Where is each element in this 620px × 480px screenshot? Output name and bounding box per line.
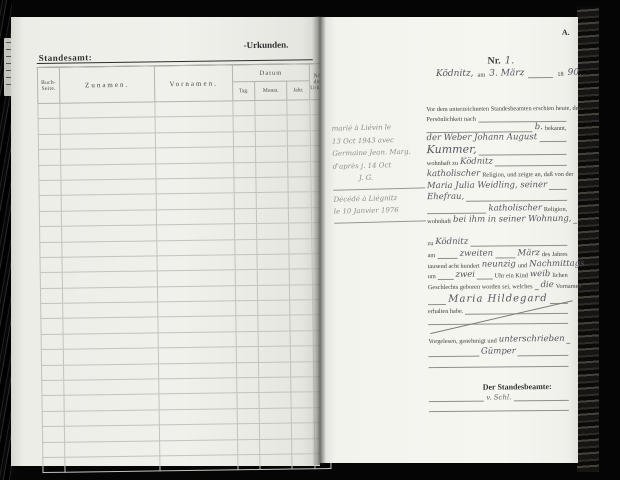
day-handwritten: zweiten [460, 249, 494, 259]
col-header-jahr: Jahr. [287, 81, 310, 100]
blank-line [429, 409, 569, 412]
religion-handwritten: katholischer [488, 203, 541, 213]
form-line: wohnhaft bei ihm in seiner Wohnung, [427, 214, 567, 225]
printed-text: Geschlechts geboren worden sei, welches [428, 283, 533, 291]
register-empty-cell [258, 300, 290, 316]
register-empty-cell [236, 347, 258, 363]
blank-line [470, 244, 567, 247]
register-empty-cell [255, 115, 287, 131]
form-line: Gümper [428, 346, 568, 357]
register-empty-cell [257, 269, 289, 285]
register-table-body [38, 100, 331, 473]
form-line: katholischer Religion, [427, 203, 567, 214]
register-empty-cell [157, 224, 235, 240]
register-empty-cell [237, 362, 259, 378]
register-empty-cell [289, 284, 312, 300]
form-line: Kummer, [427, 143, 567, 156]
register-empty-cell [289, 254, 312, 270]
register-empty-cell [291, 392, 314, 408]
place-handwritten: Ködnitz, [436, 69, 474, 79]
child-name-handwritten: Maria Hildegard [448, 293, 547, 305]
register-empty-cell [155, 101, 233, 117]
register-empty-cell [43, 457, 65, 473]
register-empty-cell [41, 349, 63, 365]
year-prefix-printed: 18 [557, 71, 563, 78]
register-empty-cell [289, 238, 312, 254]
form-line: zu Ködnitz [427, 236, 567, 247]
register-empty-cell [234, 162, 256, 178]
blank-line [495, 164, 567, 167]
year-handwritten: 90. [568, 68, 582, 78]
register-empty-cell [289, 223, 312, 239]
declarant-handwritten: der Weber Johann August [426, 132, 537, 143]
handwritten-entry: die [541, 280, 554, 290]
printed-text: wohnhaft zu [427, 160, 458, 167]
register-empty-cell [158, 347, 236, 363]
register-empty-cell [61, 148, 156, 165]
printed-text: des Jahres [542, 251, 568, 258]
register-empty-cell [64, 425, 159, 442]
register-empty-cell [237, 424, 259, 440]
col-header-vornamen: Vornamen. [154, 65, 232, 102]
col-header-buchseite: Buch- Seite. [37, 67, 60, 103]
register-empty-cell [255, 100, 287, 116]
register-empty-cell [40, 242, 62, 258]
register-empty-cell [287, 131, 310, 147]
register-empty-cell [41, 303, 63, 319]
register-empty-cell [159, 378, 237, 394]
register-empty-cell [290, 346, 313, 362]
nr-label: Nr. [487, 55, 500, 66]
register-empty-cell [42, 411, 64, 427]
register-empty-cell [234, 193, 256, 209]
col-header-zunamen: Zunamen. [59, 66, 154, 103]
form-line: der Weber Johann August [426, 132, 566, 143]
register-empty-cell [288, 161, 311, 177]
register-empty-cell [237, 408, 259, 424]
sex-handwritten: weib [530, 269, 551, 279]
register-empty-cell [287, 115, 310, 131]
register-empty-cell [159, 424, 237, 440]
marginal-note-line: Germaine Jean. Marg. [332, 145, 424, 160]
register-empty-row [43, 453, 331, 472]
register-empty-cell [159, 409, 237, 425]
register-empty-cell [237, 393, 259, 409]
register-empty-cell [61, 210, 156, 227]
register-empty-cell [61, 194, 156, 211]
register-empty-cell [41, 334, 63, 350]
register-index-table: Buch- Seite. Zunamen. Vornamen. Datum Nr… [37, 63, 332, 473]
register-empty-cell [42, 380, 64, 396]
handwritten-entry: Ehefrau, [427, 192, 464, 202]
form-line [428, 314, 568, 325]
register-empty-cell [62, 256, 157, 273]
register-empty-cell [233, 101, 255, 117]
register-empty-cell [40, 257, 62, 273]
birthplace-handwritten: Ködnitz [435, 237, 468, 247]
blank-line [437, 257, 457, 259]
register-empty-cell [65, 456, 160, 473]
register-empty-cell [234, 208, 256, 224]
printed-text: Vorgelesen, genehmigt und [428, 338, 497, 346]
register-empty-cell [259, 408, 291, 424]
time-qualifier-handwritten: Nachmittags [529, 259, 584, 269]
register-empty-cell [288, 177, 311, 193]
marginal-notes: marié à Liévin le 13 Oct 1943 avec Germa… [331, 120, 426, 226]
form-line: Vorgelesen, genehmigt und unterschrieben [428, 334, 568, 345]
buchseite-line2: Seite. [42, 85, 56, 91]
register-empty-cell [260, 454, 292, 470]
register-empty-cell [64, 379, 159, 396]
col-header-datum: Datum [232, 64, 309, 82]
register-empty-cell [160, 455, 238, 471]
printed-text: Religion, und zeigte an, daß von der [482, 171, 573, 179]
register-empty-cell [234, 177, 256, 193]
date-handwritten: 3. März [489, 68, 524, 78]
register-empty-cell [259, 377, 291, 393]
page-gutter-shadow [312, 16, 326, 465]
register-empty-cell [40, 226, 62, 242]
register-empty-cell [259, 392, 291, 408]
register-empty-cell [158, 301, 236, 317]
register-empty-cell [257, 285, 289, 301]
form-line: Ehefrau, [427, 191, 567, 202]
printed-text: Vornamen [556, 283, 582, 290]
register-empty-cell [233, 116, 255, 132]
printed-text: Religion, [544, 206, 567, 213]
register-empty-cell [236, 316, 258, 332]
register-empty-cell [233, 147, 255, 163]
register-empty-cell [290, 315, 313, 331]
form-line [429, 401, 569, 412]
blank-line [574, 222, 578, 224]
register-empty-cell [289, 269, 312, 285]
register-empty-cell [156, 147, 234, 163]
register-empty-cell [39, 165, 61, 181]
form-line: katholischer Religion, und zeigte an, da… [427, 168, 567, 179]
col-header-monat: Monat. [255, 81, 287, 100]
blank-line [567, 342, 571, 344]
register-empty-cell [38, 119, 60, 135]
register-empty-cell [43, 442, 65, 458]
form-type-label: A. [562, 28, 570, 37]
mother-name-handwritten: Maria Julia Weidling, seiner [427, 180, 547, 191]
blank-line [535, 288, 539, 290]
register-empty-cell [291, 408, 314, 424]
nr-value-handwritten: 1. [505, 55, 515, 66]
blank-line [429, 365, 569, 368]
form-line: um zwei Uhr ein Kind weib lichen [428, 269, 568, 280]
register-empty-cell [64, 410, 159, 427]
register-empty-cell [156, 193, 234, 209]
register-empty-cell [62, 225, 157, 242]
register-empty-cell [42, 365, 64, 381]
form-line: am zweiten März des Jahres [428, 248, 568, 259]
blank-line [495, 256, 515, 258]
register-empty-cell [157, 255, 235, 271]
register-empty-cell [260, 439, 292, 455]
register-empty-cell [61, 163, 156, 180]
col-header-tag: Tag. [233, 82, 255, 101]
register-empty-cell [291, 377, 314, 393]
register-empty-cell [238, 439, 260, 455]
handwritten-entry: b. [535, 122, 543, 132]
register-empty-cell [38, 134, 60, 150]
register-empty-cell [237, 378, 259, 394]
register-empty-cell [160, 439, 238, 455]
register-empty-cell [39, 196, 61, 212]
right-page: A. Nr. 1. Ködnitz, am 3. März 18 90. mar… [320, 17, 578, 463]
register-empty-cell [63, 348, 158, 365]
register-empty-cell [39, 211, 61, 227]
register-empty-cell [158, 332, 236, 348]
register-empty-cell [159, 362, 237, 378]
register-empty-cell [39, 180, 61, 196]
register-empty-cell [288, 192, 311, 208]
register-empty-cell [236, 331, 258, 347]
register-empty-cell [157, 270, 235, 286]
register-empty-cell [64, 364, 159, 381]
register-empty-cell [40, 273, 62, 289]
register-empty-cell [156, 178, 234, 194]
am-label: am [478, 72, 486, 79]
register-empty-cell [60, 117, 155, 134]
blank-line [549, 188, 567, 190]
register-empty-cell [256, 208, 288, 224]
declarant-signature-handwritten: Gümper [481, 346, 516, 356]
register-empty-cell [255, 146, 287, 162]
religion-handwritten: katholischer [427, 169, 480, 179]
register-empty-cell [42, 426, 64, 442]
hour-handwritten: zwei [455, 270, 475, 280]
register-empty-cell [290, 361, 313, 377]
printed-text: Uhr ein Kind [495, 272, 528, 279]
register-empty-cell [41, 319, 63, 335]
register-empty-cell [236, 301, 258, 317]
register-empty-cell [156, 209, 234, 225]
register-empty-cell [256, 192, 288, 208]
marginal-rule [333, 187, 425, 190]
declarant-surname-handwritten: Kummer, [427, 143, 477, 156]
blank-line [539, 140, 566, 142]
register-empty-cell [258, 331, 290, 347]
blank-line [466, 199, 567, 202]
register-empty-cell [233, 131, 255, 147]
register-empty-cell [238, 454, 260, 470]
register-empty-cell [63, 302, 158, 319]
register-empty-cell [63, 317, 158, 334]
form-line: Geschlechts geboren worden sei, welches … [428, 280, 568, 291]
register-empty-cell [157, 239, 235, 255]
register-empty-cell [235, 270, 257, 286]
blank-line [528, 76, 553, 78]
register-empty-cell [61, 179, 156, 196]
register-empty-cell [155, 116, 233, 132]
register-empty-cell [287, 100, 310, 116]
register-empty-cell [287, 146, 310, 162]
printed-text: wohnhaft [427, 218, 451, 225]
handwritten-entry: bei ihm in seiner Wohnung, [453, 214, 572, 225]
register-empty-cell [235, 239, 257, 255]
scanned-register-spread: Standesamt: -Urkunden. Buch- Seite. Zuna… [0, 0, 620, 480]
register-empty-cell [256, 177, 288, 193]
register-empty-cell [158, 316, 236, 332]
register-empty-cell [63, 333, 158, 350]
dateline: Ködnitz, am 3. März 18 90. [436, 68, 582, 79]
register-empty-cell [156, 162, 234, 178]
register-empty-cell [259, 423, 291, 439]
register-empty-cell [257, 254, 289, 270]
register-empty-cell [258, 346, 290, 362]
printed-text: um [428, 273, 436, 280]
register-empty-cell [235, 285, 257, 301]
printed-text: lichen [552, 272, 567, 279]
register-empty-cell [235, 254, 257, 270]
approval-word-handwritten: unterschrieben [499, 334, 565, 345]
register-empty-cell [62, 240, 157, 257]
register-empty-cell [65, 440, 160, 457]
register-empty-cell [257, 223, 289, 239]
register-empty-cell [255, 131, 287, 147]
form-line: Maria Julia Weidling, seiner [427, 180, 567, 191]
registrar-signature-handwritten: v. Schl. [486, 393, 511, 401]
register-empty-cell [62, 287, 157, 304]
marginal-rule [334, 220, 426, 223]
register-empty-cell [290, 300, 313, 316]
marginal-note-line: le 10 Janvier 1976 [334, 203, 426, 218]
blank-line [477, 278, 493, 280]
register-empty-cell [40, 288, 62, 304]
year-word-handwritten: neunzig [482, 259, 516, 269]
register-empty-cell [159, 393, 237, 409]
form-line: wohnhaft zu Ködnitz [427, 156, 567, 167]
register-empty-cell [42, 396, 64, 412]
month-handwritten: März [517, 248, 539, 258]
register-empty-cell [60, 102, 155, 119]
blank-line [438, 278, 454, 280]
printed-text: zu [427, 240, 433, 247]
register-empty-cell [257, 239, 289, 255]
register-empty-cell [256, 162, 288, 178]
register-empty-cell [64, 394, 159, 411]
register-empty-cell [288, 207, 311, 223]
register-empty-cell [258, 316, 290, 332]
printed-text: am [428, 252, 436, 259]
urkunden-label: -Urkunden. [244, 40, 289, 51]
register-empty-cell [235, 224, 257, 240]
record-number-line: Nr. 1. [426, 50, 576, 69]
form-line [428, 357, 568, 368]
marginal-note-paraph: J. G. [333, 170, 425, 185]
register-empty-cell [60, 133, 155, 150]
register-empty-cell [259, 362, 291, 378]
blank-line [428, 322, 568, 325]
register-empty-cell [155, 132, 233, 148]
residence-handwritten: Ködnitz [460, 157, 493, 167]
register-empty-cell [290, 331, 313, 347]
register-empty-cell [62, 271, 157, 288]
register-empty-cell [38, 103, 60, 119]
register-empty-cell [157, 285, 235, 301]
register-empty-cell [39, 149, 61, 165]
left-page: Standesamt: -Urkunden. Buch- Seite. Zuna… [11, 17, 320, 466]
